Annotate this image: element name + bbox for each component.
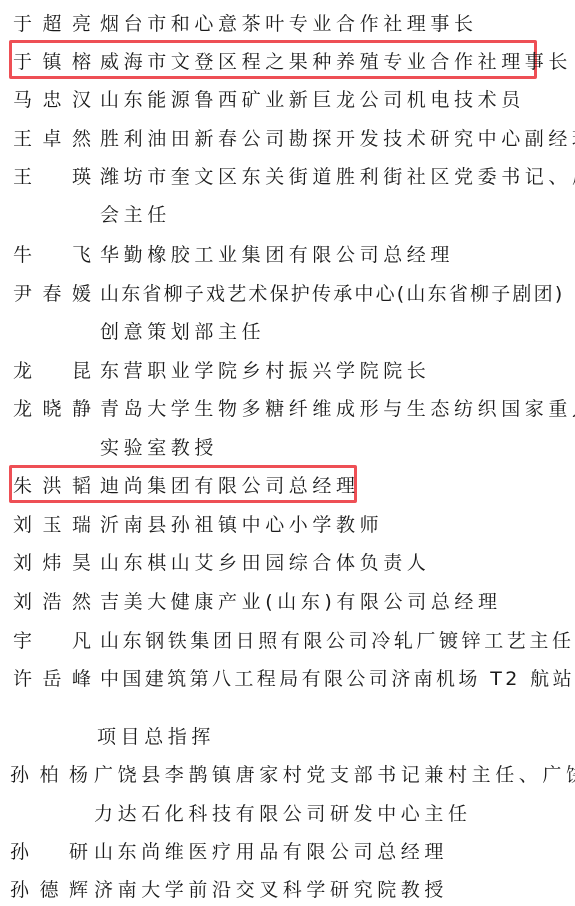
person-name: 于超亮 — [12, 9, 92, 39]
person-title: 华勤橡胶工业集团有限公司总经理 — [100, 240, 454, 270]
list-item-continuation: 创意策划部主任 — [0, 317, 575, 347]
person-name: 马忠汉 — [12, 85, 92, 115]
person-title-continued: 实验室教授 — [100, 433, 218, 463]
person-name: 朱洪韬 — [12, 471, 92, 501]
list-item: 龙晓静 青岛大学生物多糖纤维成形与生态纺织国家重点 — [0, 394, 575, 424]
person-title: 迪尚集团有限公司总经理 — [100, 471, 360, 501]
person-title: 烟台市和心意茶叶专业合作社理事长 — [100, 9, 478, 39]
list-item: 孙德辉 济南大学前沿交叉科学研究院教授 — [0, 875, 575, 905]
person-title: 吉美大健康产业(山东)有限公司总经理 — [100, 587, 502, 617]
list-item: 尹春媛 山东省柳子戏艺术保护传承中心(山东省柳子剧团) — [0, 279, 575, 309]
list-item: 牛飞 华勤橡胶工业集团有限公司总经理 — [0, 240, 575, 270]
person-title-continued: 力达石化科技有限公司研发中心主任 — [94, 799, 472, 829]
person-title-continued: 会主任 — [100, 200, 171, 230]
person-title: 济南大学前沿交叉科学研究院教授 — [94, 875, 448, 905]
person-name: 宇凡 — [12, 626, 92, 656]
person-name: 尹春媛 — [12, 279, 92, 309]
person-name: 牛飞 — [12, 240, 92, 270]
person-title: 山东钢铁集团日照有限公司冷轧厂镀锌工艺主任师 — [100, 626, 575, 656]
person-title: 中国建筑第八工程局有限公司济南机场 T2 航站楼 — [100, 664, 575, 694]
person-name: 王卓然 — [12, 124, 92, 154]
list-item-continuation: 实验室教授 — [0, 433, 575, 463]
person-name: 龙昆 — [12, 356, 92, 386]
document-page: 于超亮 烟台市和心意茶叶专业合作社理事长 于镇榕 威海市文登区程之果种养殖专业合… — [0, 0, 575, 906]
person-name: 许岳峰 — [12, 664, 92, 694]
person-name: 孙柏杨 — [9, 760, 89, 790]
list-item: 王卓然 胜利油田新春公司勘探开发技术研究中心副经理 — [0, 124, 575, 154]
list-item: 孙柏杨 广饶县李鹊镇唐家村党支部书记兼村主任、广饶科 — [0, 760, 575, 790]
person-name: 王瑛 — [12, 162, 92, 192]
person-name: 刘玉瑞 — [12, 510, 92, 540]
person-name: 孙德辉 — [9, 875, 89, 905]
list-item: 孙研 山东尚维医疗用品有限公司总经理 — [0, 837, 575, 867]
list-item-highlighted: 于镇榕 威海市文登区程之果种养殖专业合作社理事长 — [0, 47, 575, 77]
person-title: 潍坊市奎文区东关街道胜利街社区党委书记、居委 — [100, 162, 575, 192]
list-item: 王瑛 潍坊市奎文区东关街道胜利街社区党委书记、居委 — [0, 162, 575, 192]
list-item: 马忠汉 山东能源鲁西矿业新巨龙公司机电技术员 — [0, 85, 575, 115]
person-title: 广饶县李鹊镇唐家村党支部书记兼村主任、广饶科 — [94, 760, 575, 790]
list-item: 宇凡 山东钢铁集团日照有限公司冷轧厂镀锌工艺主任师 — [0, 626, 575, 656]
person-title: 山东省柳子戏艺术保护传承中心(山东省柳子剧团) — [100, 279, 564, 309]
list-item: 刘炜昊 山东棋山艾乡田园综合体负责人 — [0, 548, 575, 578]
person-title: 山东棋山艾乡田园综合体负责人 — [100, 548, 430, 578]
list-item-continuation: 力达石化科技有限公司研发中心主任 — [0, 799, 575, 829]
list-item-highlighted: 朱洪韬 迪尚集团有限公司总经理 — [0, 471, 575, 501]
list-item: 许岳峰 中国建筑第八工程局有限公司济南机场 T2 航站楼 — [0, 664, 575, 694]
person-title: 威海市文登区程之果种养殖专业合作社理事长 — [100, 47, 572, 77]
list-item: 龙昆 东营职业学院乡村振兴学院院长 — [0, 356, 575, 386]
person-title: 山东能源鲁西矿业新巨龙公司机电技术员 — [100, 85, 525, 115]
list-item-continuation: 会主任 — [0, 200, 575, 230]
list-item: 刘玉瑞 沂南县孙祖镇中心小学教师 — [0, 510, 575, 540]
list-item: 于超亮 烟台市和心意茶叶专业合作社理事长 — [0, 9, 575, 39]
person-title: 胜利油田新春公司勘探开发技术研究中心副经理 — [100, 124, 575, 154]
person-name: 孙研 — [9, 837, 89, 867]
person-title-continued: 项目总指挥 — [97, 722, 215, 752]
person-title: 东营职业学院乡村振兴学院院长 — [100, 356, 430, 386]
person-title: 青岛大学生物多糖纤维成形与生态纺织国家重点 — [100, 394, 575, 424]
person-title: 沂南县孙祖镇中心小学教师 — [100, 510, 383, 540]
list-item-continuation: 项目总指挥 — [0, 722, 575, 752]
person-name: 于镇榕 — [12, 47, 92, 77]
person-name: 龙晓静 — [12, 394, 92, 424]
person-name: 刘炜昊 — [12, 548, 92, 578]
person-title-continued: 创意策划部主任 — [100, 317, 265, 347]
list-item: 刘浩然 吉美大健康产业(山东)有限公司总经理 — [0, 587, 575, 617]
person-title: 山东尚维医疗用品有限公司总经理 — [94, 837, 448, 867]
person-name: 刘浩然 — [12, 587, 92, 617]
